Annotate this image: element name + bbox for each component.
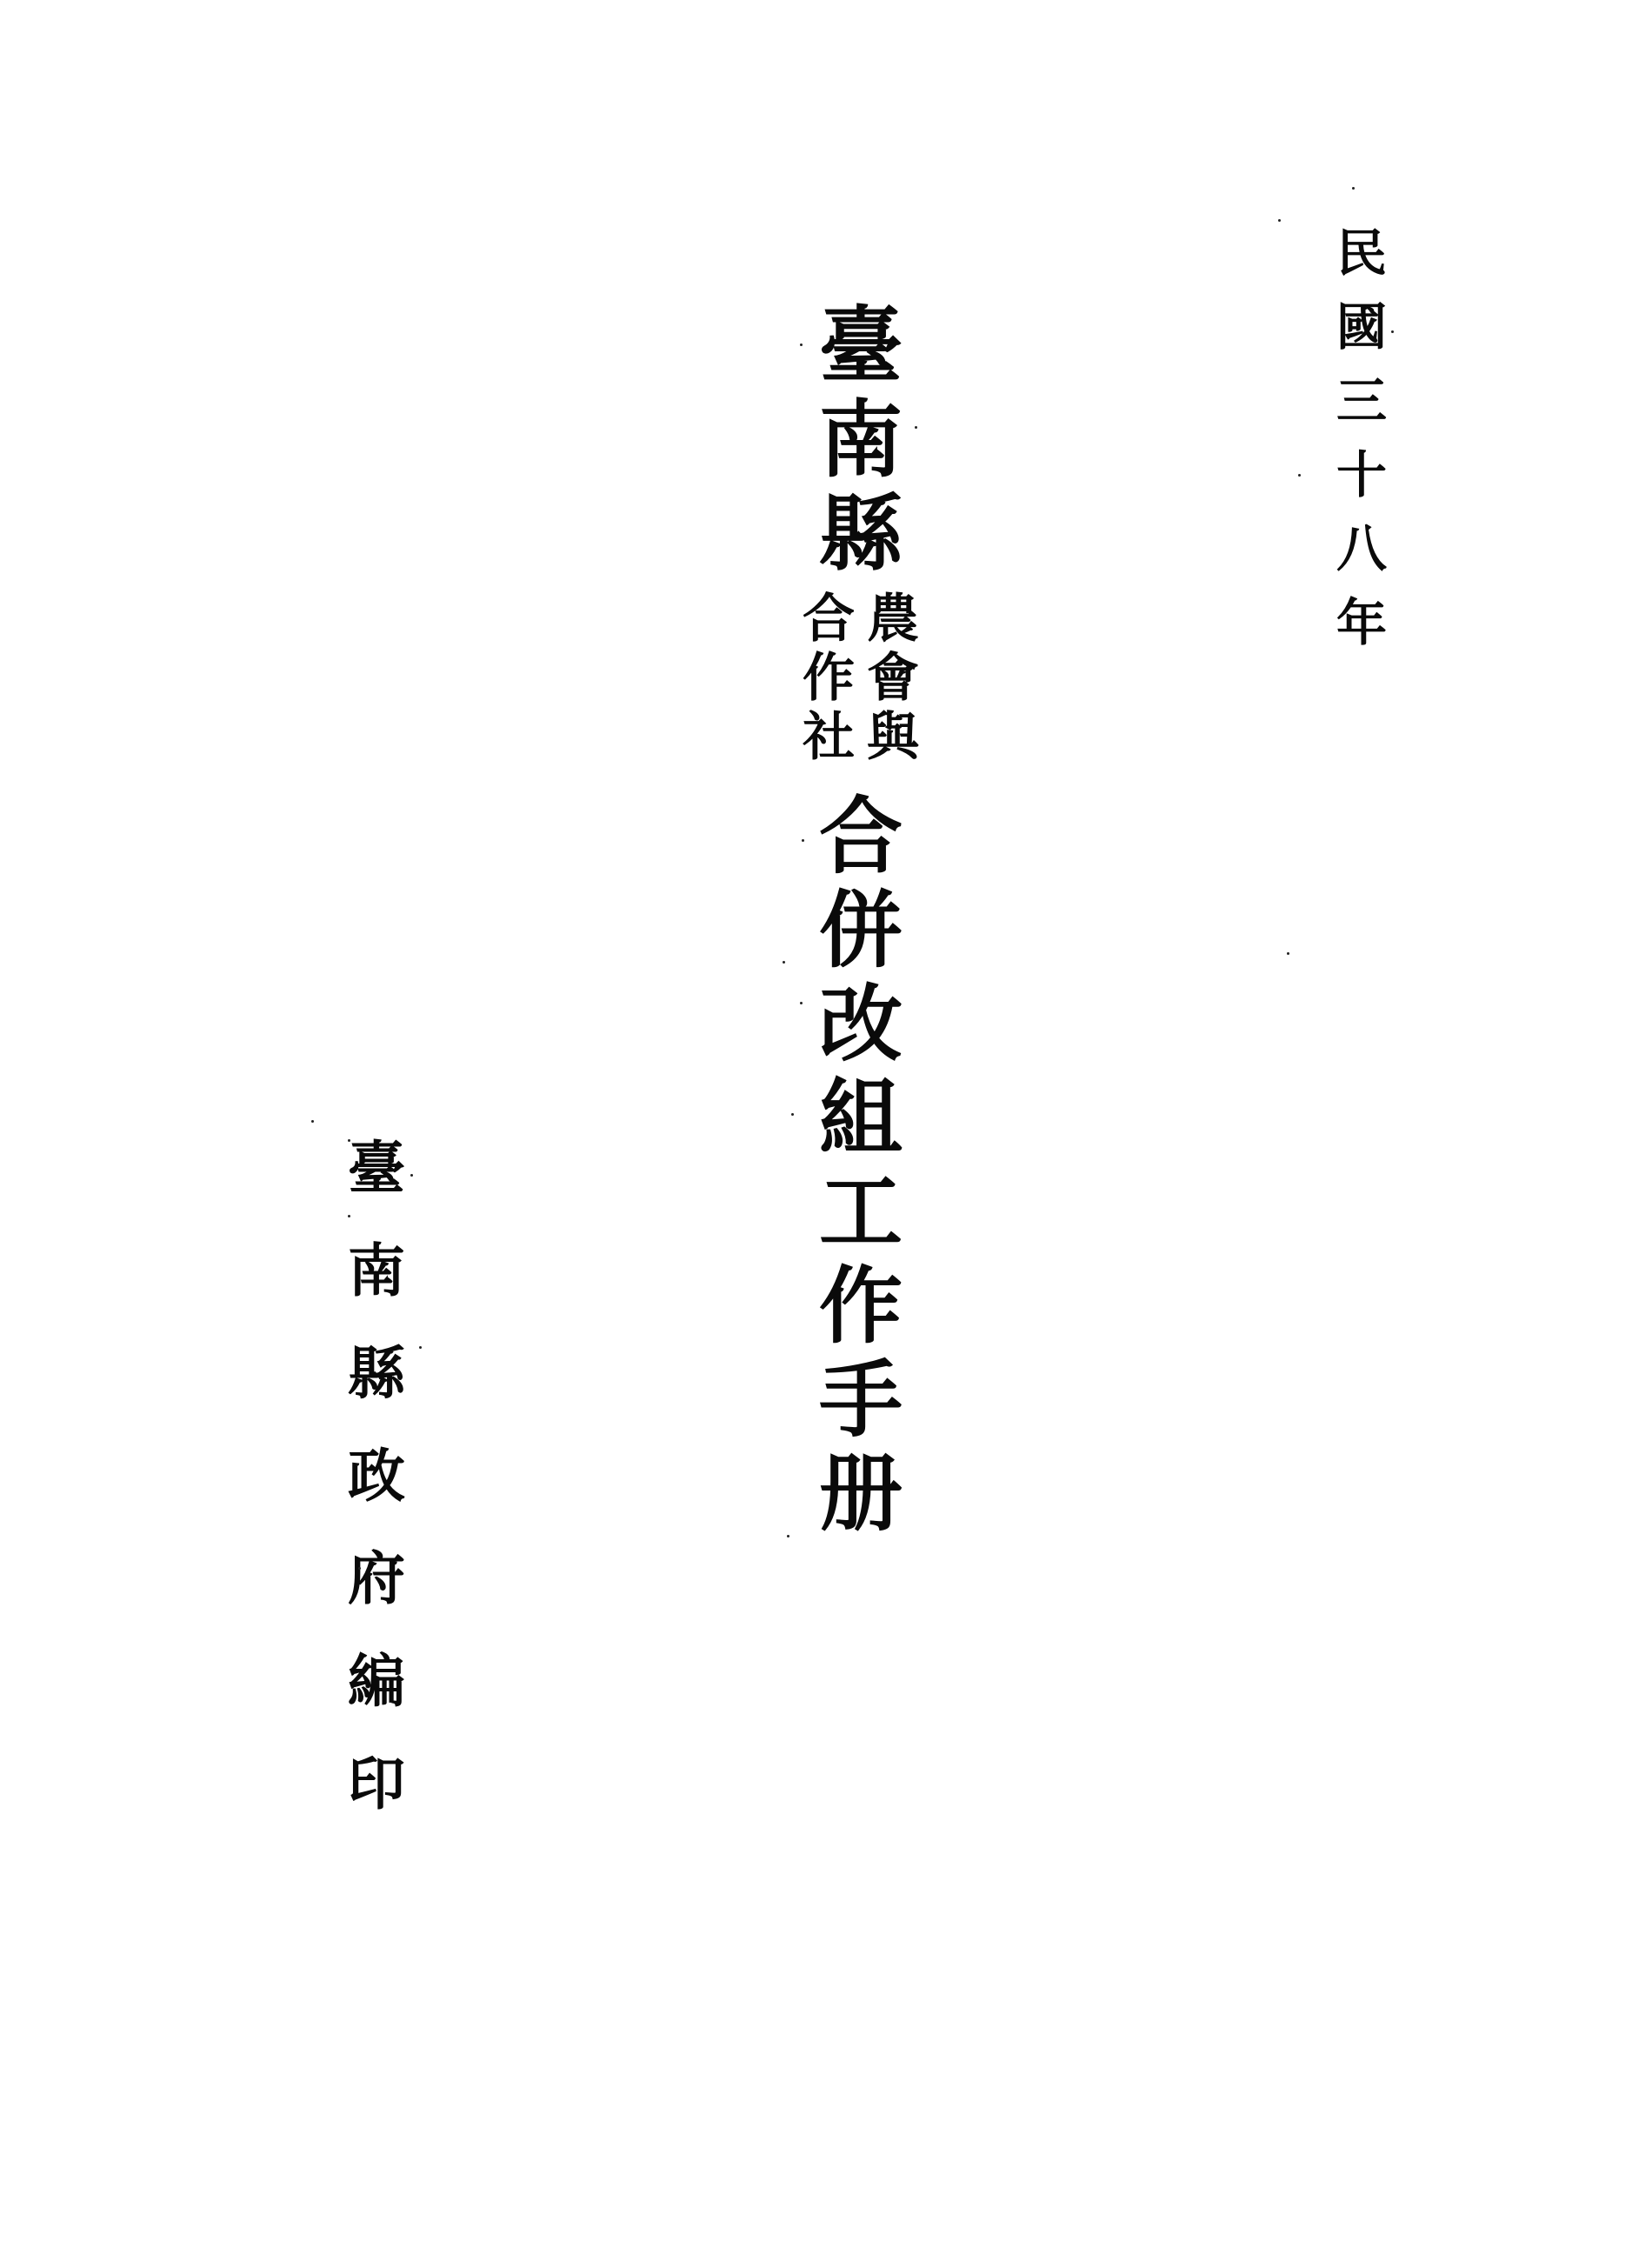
scan-speck <box>800 343 803 346</box>
scan-speck <box>915 426 917 429</box>
scan-speck <box>1352 187 1355 190</box>
note-char: 會 <box>867 652 919 711</box>
publisher-char: 印 <box>348 1755 405 1857</box>
title-char: 工 <box>804 1171 917 1264</box>
date-line: 民 國 三 十 八 年 <box>1329 228 1395 671</box>
note-char: 社 <box>803 711 855 770</box>
scan-speck <box>348 1215 350 1217</box>
publisher-line: 臺 南 縣 政 府 編 印 <box>337 1139 416 1857</box>
inline-note-left-column: 合 作 社 <box>803 593 855 776</box>
date-char: 八 <box>1336 524 1387 597</box>
publisher-char: 政 <box>348 1447 405 1550</box>
date-char: 民 <box>1336 228 1387 302</box>
publisher-char: 編 <box>348 1652 405 1755</box>
title-char: 併 <box>804 889 917 983</box>
title-char: 合 <box>804 795 917 889</box>
scan-speck <box>410 1174 413 1177</box>
scan-speck <box>1287 952 1289 955</box>
publisher-char: 府 <box>348 1550 405 1652</box>
publisher-char: 南 <box>348 1242 405 1344</box>
title-char: 册 <box>804 1452 917 1546</box>
title-char: 改 <box>804 983 917 1077</box>
book-title: 臺 南 縣 農 會 與 合 作 社 合 併 改 組 工 作 手 册 <box>796 304 926 1546</box>
title-char: 臺 <box>804 304 917 398</box>
scan-speck <box>787 1535 789 1537</box>
inline-note-right-column: 農 會 與 <box>867 593 919 776</box>
date-char: 年 <box>1336 597 1387 671</box>
title-inline-note: 農 會 與 合 作 社 <box>803 593 919 776</box>
scan-speck <box>783 961 785 964</box>
title-char: 手 <box>804 1358 917 1452</box>
scan-speck <box>800 1002 803 1004</box>
date-char: 國 <box>1336 302 1387 376</box>
scan-speck <box>1391 330 1394 333</box>
title-char: 組 <box>804 1077 917 1171</box>
scan-speck <box>802 839 804 842</box>
scan-speck <box>348 1139 350 1142</box>
scan-speck <box>1278 219 1281 222</box>
date-char: 十 <box>1336 450 1387 524</box>
note-char: 作 <box>803 652 855 711</box>
title-char: 作 <box>804 1264 917 1358</box>
scan-speck <box>791 1113 794 1116</box>
title-char: 縣 <box>804 492 917 586</box>
note-char: 與 <box>867 711 919 770</box>
scan-speck <box>419 1346 422 1349</box>
scan-speck <box>358 1567 361 1570</box>
title-char: 南 <box>804 398 917 492</box>
note-char: 合 <box>803 593 855 652</box>
scan-speck <box>1298 474 1301 477</box>
publisher-char: 縣 <box>348 1344 405 1447</box>
publisher-char: 臺 <box>348 1139 405 1242</box>
scan-speck <box>311 1120 314 1123</box>
note-char: 農 <box>867 593 919 652</box>
date-char: 三 <box>1336 376 1387 450</box>
